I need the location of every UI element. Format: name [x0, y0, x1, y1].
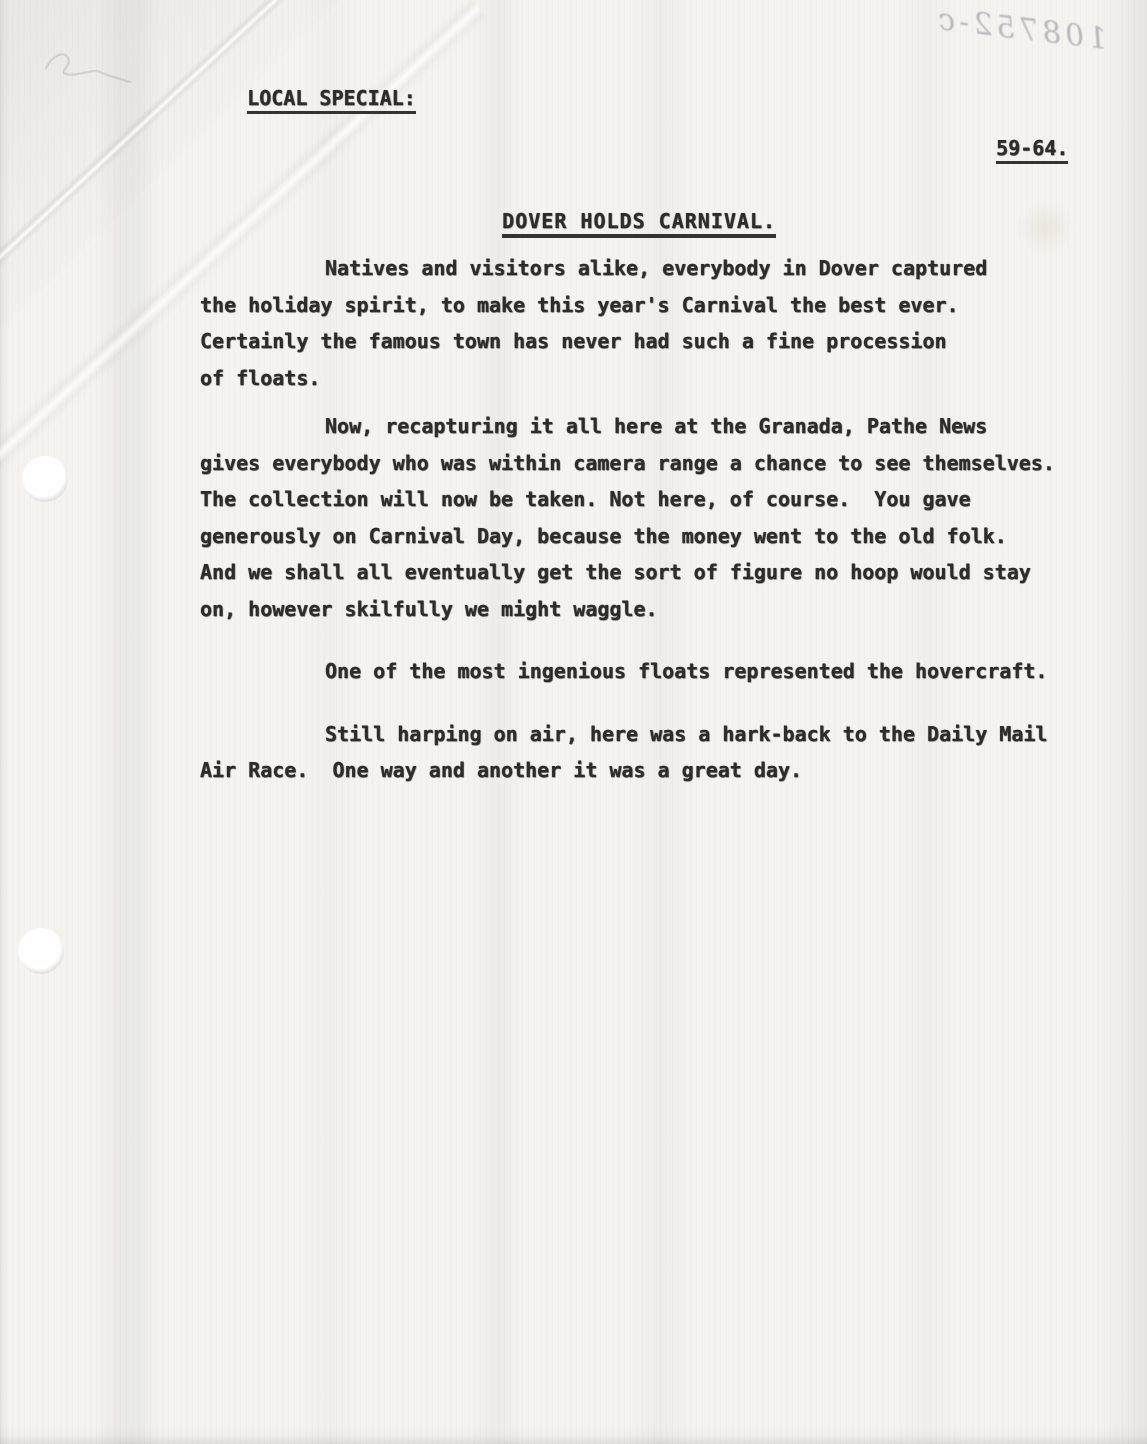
text-line: generously on Carnival Day, because the … [200, 518, 1115, 555]
text-line: the holiday spirit, to make this year's … [200, 287, 1115, 324]
paragraph: One of the most ingenious floats represe… [200, 653, 1115, 690]
text-line: gives everybody who was within camera ra… [200, 445, 1115, 482]
text-line: on, however skilfully we might waggle. [200, 591, 1115, 628]
text-line: Air Race. One way and another it was a g… [200, 752, 1115, 789]
text-line: Now, recapturing it all here at the Gran… [200, 408, 1115, 445]
punch-hole [18, 928, 64, 974]
document-category-label: LOCAL SPECIAL: [199, 62, 416, 138]
text-line: The collection will now be taken. Not he… [200, 481, 1115, 518]
issue-number-underlined-text: 59-64. [996, 136, 1068, 164]
title-underlined-text: DOVER HOLDS CARNIVAL. [502, 209, 776, 238]
paragraph: Still harping on air, here was a hark-ba… [200, 716, 1115, 789]
document-body: Natives and visitors alike, everybody in… [200, 250, 1115, 789]
text-line: Certainly the famous town has never had … [200, 323, 1115, 360]
text-line: And we shall all eventually get the sort… [200, 554, 1115, 591]
text-line: Still harping on air, here was a hark-ba… [200, 716, 1115, 753]
bleedthrough-number: 108752-c [932, 2, 1108, 58]
scanned-document-page: 108752-c LOCAL SPECIAL: 59-64. DOVER HOL… [0, 0, 1147, 1444]
category-underlined-text: LOCAL SPECIAL: [247, 86, 416, 114]
text-line: of floats. [200, 360, 1115, 397]
text-line: Natives and visitors alike, everybody in… [200, 250, 1115, 287]
punch-hole [22, 456, 68, 502]
text-line: One of the most ingenious floats represe… [200, 653, 1115, 690]
paragraph: Now, recapturing it all here at the Gran… [200, 408, 1115, 627]
paper-stain [1015, 200, 1075, 255]
paragraph: Natives and visitors alike, everybody in… [200, 250, 1115, 396]
pencil-scribble [38, 38, 138, 93]
issue-number: 59-64. [948, 112, 1068, 188]
